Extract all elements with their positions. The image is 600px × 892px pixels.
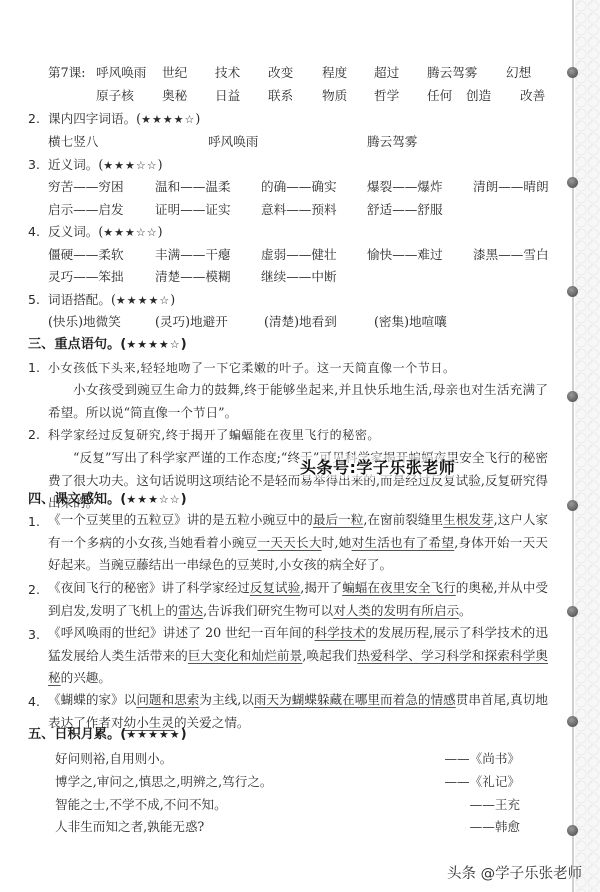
item-number: 2. — [28, 111, 40, 126]
vocab-word: 超过 — [374, 65, 399, 81]
binder-ring-icon — [567, 67, 578, 78]
item-title: 词语搭配。(★★★★☆) — [48, 292, 175, 309]
underlined-answer: 问题和思索 — [136, 692, 199, 707]
vocab-word: 联系 — [268, 88, 293, 104]
binder-ring-icon — [567, 606, 578, 617]
quote-text: 人非生而知之者,孰能无惑? — [55, 819, 204, 835]
item-title: 课内四字词语。(★★★★☆) — [48, 111, 200, 128]
binder-ring-icon — [567, 391, 578, 402]
vocab-word: 日益 — [215, 88, 240, 104]
vocab-word: 改善 — [520, 88, 545, 104]
paragraph-text: 为主线,以 — [199, 692, 253, 707]
key-sentence: 科学家经过反复研究,终于揭开了蝙蝠能在夜里飞行的秘密。 — [48, 427, 380, 443]
underlined-answer: 生根发芽 — [443, 512, 493, 527]
quote-source: ——韩愈 — [470, 819, 520, 835]
antonym-pair: 虚弱——健壮 — [261, 247, 337, 263]
synonym-pair: 舒适——舒服 — [367, 202, 443, 218]
item-title: 近义词。(★★★☆☆) — [48, 157, 163, 174]
synonym-pair: 证明——证实 — [155, 202, 231, 218]
paragraph-text: 《一个豆荚里的五粒豆》讲的是五粒小豌豆中的 — [48, 512, 313, 527]
antonym-pair: 丰满——干瘪 — [155, 247, 231, 263]
vocab-word: 创造 — [466, 88, 491, 104]
paragraph-text: ,告诉我们研究生物可以 — [203, 603, 333, 618]
underlined-answer: 对人类的发明有所启示 — [333, 603, 459, 618]
antonym-pair: 僵硬——柔软 — [48, 247, 124, 263]
vocab-word: 任何 — [427, 88, 452, 104]
item-title: 反义词。(★★★☆☆) — [48, 224, 163, 241]
antonym-pair: 漆黑——雪白 — [473, 247, 549, 263]
synonym-pair: 温和——温柔 — [155, 179, 231, 195]
section-heading: 三、重点语句。(★★★★☆) — [28, 336, 187, 353]
underlined-answer: 对生活也有了希望 — [352, 535, 455, 550]
synonym-pair: 穷苦——穷困 — [48, 179, 124, 195]
underlined-answer: 反复试验 — [250, 580, 300, 595]
item-number: 5. — [28, 292, 40, 307]
quote-text: 智能之士,不学不成,不问不知。 — [55, 797, 227, 813]
paragraph-text: ,唤起我们 — [302, 648, 357, 663]
paragraph-text: 《夜间飞行的秘密》讲了科学家经过 — [48, 580, 250, 595]
paragraph-text: 《呼风唤雨的世纪》讲述了 20 世纪一百年间的 — [48, 625, 315, 640]
star-rating: ★★★★☆ — [141, 113, 195, 126]
underlined-answer: 雷达 — [178, 603, 203, 618]
section-heading: 四、课文感知。(★★★☆☆) — [28, 491, 187, 508]
vocab-word: 世纪 — [162, 65, 187, 81]
synonym-pair: 启示——启发 — [48, 202, 124, 218]
decorative-margin-pattern — [575, 0, 600, 892]
binder-ring-icon — [567, 177, 578, 188]
binding-spine-line — [572, 0, 574, 892]
vocab-word: 奥秘 — [162, 88, 187, 104]
star-rating: ★★★★☆ — [116, 294, 170, 307]
star-rating: ★★★★★ — [126, 728, 180, 741]
collocation: (快乐)地微笑 — [48, 314, 121, 330]
idiom: 腾云驾雾 — [367, 134, 417, 150]
underlined-answer: 一天天长大 — [258, 535, 322, 550]
binder-ring-icon — [567, 286, 578, 297]
item-number: 3. — [28, 157, 40, 172]
lesson-label: 第7课: — [48, 65, 85, 81]
comprehension-paragraph: 《夜间飞行的秘密》讲了科学家经过反复试验,揭开了蝙蝠在夜里安全飞行的奥秘,并从中… — [48, 577, 548, 622]
synonym-pair: 意料——预料 — [261, 202, 337, 218]
paragraph-text: ,在窗前裂缝里 — [363, 512, 443, 527]
vocab-word: 原子核 — [96, 88, 134, 104]
item-number: 1. — [28, 514, 40, 529]
quote-text: 好问则裕,自用则小。 — [55, 751, 172, 767]
vocab-word: 物质 — [322, 88, 347, 104]
paragraph-text: ,揭开了 — [300, 580, 342, 595]
item-number: 1. — [28, 360, 40, 375]
synonym-pair: 清朗——晴朗 — [473, 179, 549, 195]
star-rating: ★★★★☆ — [126, 338, 180, 351]
quote-text: 博学之,审问之,慎思之,明辨之,笃行之。 — [55, 774, 273, 790]
comprehension-paragraph: 《一个豆荚里的五粒豆》讲的是五粒小豌豆中的最后一粒,在窗前裂缝里生根发芽,这户人… — [48, 509, 548, 577]
footer-credit: 头条 @学子乐张老师 — [447, 862, 582, 883]
paragraph-text: 时,她 — [322, 535, 352, 550]
synonym-pair: 爆裂——爆炸 — [367, 179, 443, 195]
vocab-word: 哲学 — [374, 88, 399, 104]
underlined-answer: 科学技术 — [315, 625, 366, 640]
star-rating: ★★★☆☆ — [103, 159, 157, 172]
paragraph-text: 的兴趣。 — [61, 670, 111, 685]
collocation: (清楚)地看到 — [264, 314, 337, 330]
vocab-word: 呼风唤雨 — [96, 65, 146, 81]
sentence-analysis: 小女孩受到豌豆生命力的鼓舞,终于能够坐起来,并且快乐地生活,母亲也对生活充满了希… — [48, 379, 548, 424]
antonym-pair: 清楚——模糊 — [155, 269, 231, 285]
item-number: 4. — [28, 694, 40, 709]
star-rating: ★★★☆☆ — [126, 493, 180, 506]
antonym-pair: 愉快——难过 — [367, 247, 443, 263]
item-number: 3. — [28, 627, 40, 642]
comprehension-paragraph: 《呼风唤雨的世纪》讲述了 20 世纪一百年间的科学技术的发展历程,展示了科学技术… — [48, 622, 548, 690]
underlined-answer: 巨大变化和灿烂前景 — [188, 648, 302, 663]
paragraph-text: 。 — [459, 603, 472, 618]
item-number: 2. — [28, 427, 40, 442]
worksheet-page: 第7课: 呼风唤雨 世纪 技术 改变 程度 超过 腾云驾雾 幻想 原子核 奥秘 … — [0, 0, 572, 892]
binder-ring-icon — [567, 500, 578, 511]
vocab-word: 程度 — [322, 65, 347, 81]
quote-source: ——王充 — [470, 797, 520, 813]
idiom: 呼风唤雨 — [208, 134, 258, 150]
item-number: 4. — [28, 224, 40, 239]
watermark-overlay: 头条号:学子乐张老师 — [300, 455, 455, 478]
collocation: (密集)地喧嚷 — [374, 314, 447, 330]
vocab-word: 技术 — [215, 65, 240, 81]
paragraph-text: 《蝴蝶的家》以 — [48, 692, 136, 707]
antonym-pair: 灵巧——笨拙 — [48, 269, 124, 285]
key-sentence: 小女孩低下头来,轻轻地吻了一下它柔嫩的叶子。这一天简直像一个节日。 — [48, 360, 456, 376]
quote-source: ——《尚书》 — [444, 751, 520, 767]
vocab-word: 改变 — [268, 65, 293, 81]
section-heading: 五、日积月累。(★★★★★) — [28, 726, 187, 743]
binder-ring-icon — [567, 716, 578, 727]
underlined-answer: 雨天为蝴蝶躲藏在哪里而着急的情感 — [254, 692, 456, 707]
star-rating: ★★★☆☆ — [103, 226, 157, 239]
vocab-word: 腾云驾雾 — [427, 65, 477, 81]
underlined-answer: 最后一粒 — [313, 512, 363, 527]
binder-ring-icon — [567, 825, 578, 836]
item-number: 2. — [28, 582, 40, 597]
synonym-pair: 的确——确实 — [261, 179, 337, 195]
vocab-word: 幻想 — [506, 65, 531, 81]
underlined-answer: 蝙蝠在夜里安全飞行 — [342, 580, 456, 595]
collocation: (灵巧)地避开 — [155, 314, 228, 330]
idiom: 横七竖八 — [48, 134, 98, 150]
quote-source: ——《礼记》 — [444, 774, 520, 790]
antonym-pair: 继续——中断 — [261, 269, 337, 285]
